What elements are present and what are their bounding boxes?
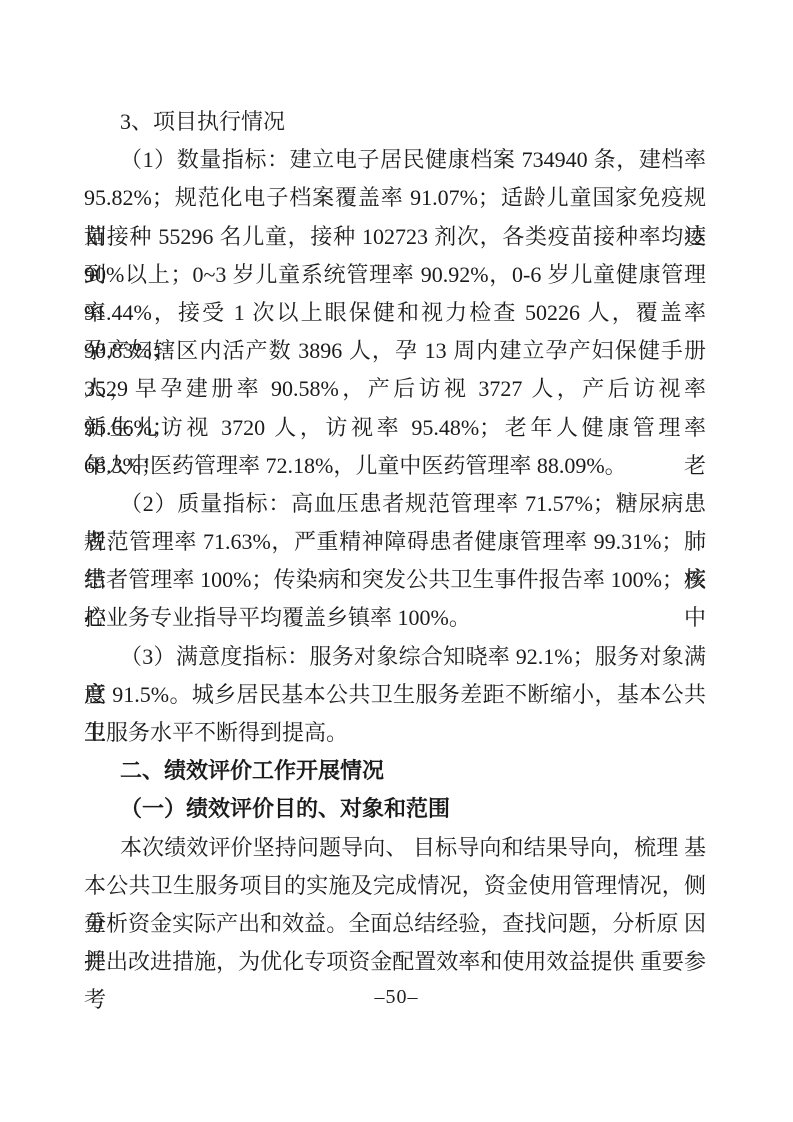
paragraph-quantity-indicators: 90%以上；0~3 岁儿童系统管理率 90.92%，0-6 岁儿童健康管理率 <box>84 256 706 294</box>
sub-section-heading: 3、项目执行情况 <box>84 103 706 141</box>
paragraph-evaluation-intro: 分析资金实际产出和效益。全面总结经验，查找问题，分析原 因并 <box>84 905 706 943</box>
document-body: 3、项目执行情况（1）数量指标：建立电子居民健康档案 734940 条，建档率9… <box>84 103 706 981</box>
paragraph-satisfaction-indicators: 生服务水平不断得到提高。 <box>84 714 706 752</box>
paragraph-quantity-indicators: 95.82%；规范化电子档案覆盖率 91.07%；适龄儿童国家免疫规划疫 <box>84 179 706 217</box>
paragraph-evaluation-intro: 提出改进措施，为优化专项资金配置效率和使用效益提供 重要参考 <box>84 943 706 981</box>
document-page: 3、项目执行情况（1）数量指标：建立电子居民健康档案 734940 条，建档率9… <box>0 0 793 1122</box>
paragraph-quality-indicators: 患者管理率 100%；传染病和突发公共卫生事件报告率 100%；疾控中 <box>84 561 706 599</box>
paragraph-quantity-indicators: 苗接种 55296 名儿童，接种 102723 剂次，各类疫苗接种率均达到 <box>84 218 706 256</box>
paragraph-quantity-indicators: （1）数量指标：建立电子居民健康档案 734940 条，建档率 <box>84 141 706 179</box>
paragraph-satisfaction-indicators: （3）满意度指标：服务对象综合知晓率 92.1%；服务对象满意 <box>84 638 706 676</box>
paragraph-evaluation-intro: 本次绩效评价坚持问题导向、 目标导向和结果导向，梳理 基 <box>84 829 706 867</box>
page-number: –50– <box>0 986 793 1009</box>
paragraph-satisfaction-indicators: 度 91.5%。城乡居民基本公共卫生服务差距不断缩小，基本公共卫 <box>84 676 706 714</box>
paragraph-evaluation-intro: 本公共卫生服务项目的实施及完成情况，资金使用管理情况，侧重 <box>84 867 706 905</box>
paragraph-quality-indicators: 规范管理率 71.63%，严重精神障碍患者健康管理率 99.31%；肺结核 <box>84 523 706 561</box>
paragraph-quantity-indicators: 人，早孕建册率 90.58%，产后访视 3727 人，产后访视率 95.66%； <box>84 370 706 408</box>
paragraph-quantity-indicators: 孕产妇辖区内活产数 3896 人，孕 13 周内建立孕产妇保健手册 3529 <box>84 332 706 370</box>
subsection-heading: （一）绩效评价目的、对象和范围 <box>84 790 706 828</box>
section-heading: 二、绩效评价工作开展情况 <box>84 752 706 790</box>
paragraph-quantity-indicators: 新生儿访视 3720 人，访视率 95.48%；老年人健康管理率 68.3%；老 <box>84 409 706 447</box>
paragraph-quantity-indicators: 年人中医药管理率 72.18%，儿童中医药管理率 88.09%。 <box>84 447 706 485</box>
paragraph-quantity-indicators: 91.44%，接受 1 次以上眼保健和视力检查 50226 人，覆盖率 90.8… <box>84 294 706 332</box>
paragraph-quality-indicators: （2）质量指标：高血压患者规范管理率 71.57%；糖尿病患者 <box>84 485 706 523</box>
